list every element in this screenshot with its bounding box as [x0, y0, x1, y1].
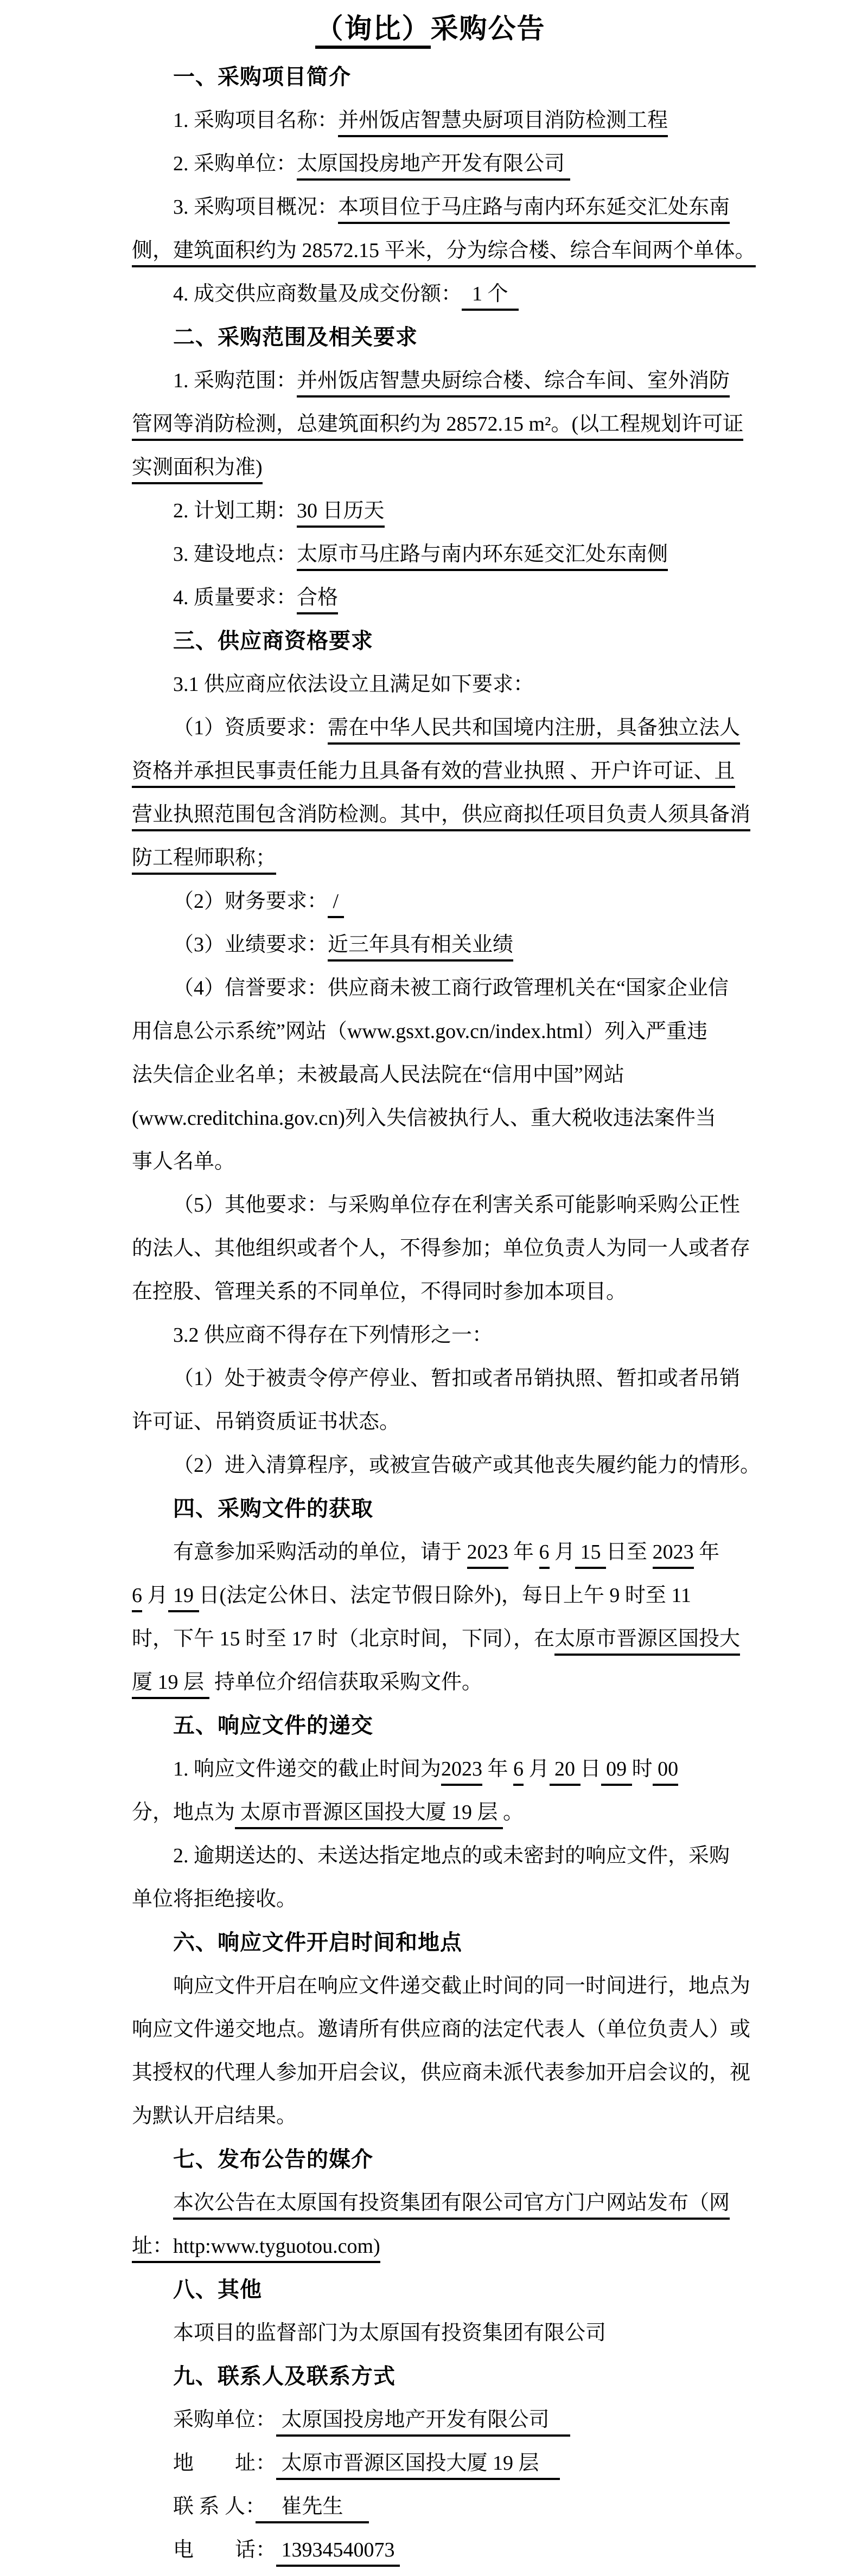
- text-segment: 许可证、吊销资质证书状态。: [132, 1411, 400, 1433]
- doc-line: 地 址： 太原市晋源区国投大厦 19 层: [132, 2442, 750, 2485]
- text-segment: （5）其他要求：与采购单位存在利害关系可能影响采购公正性: [173, 1194, 740, 1216]
- text-segment: 一、采购项目简介: [173, 65, 351, 89]
- text-segment: 单位将拒绝接收。: [132, 1888, 297, 1911]
- doc-line: 事人名单。: [132, 1140, 750, 1183]
- doc-line: 管网等消防检测，总建筑面积约为 28572.15 m²。(以工程规划许可证: [132, 402, 750, 446]
- doc-line: （3）业绩要求：近三年具有相关业绩: [132, 923, 750, 966]
- section-heading: 一、采购项目简介: [132, 55, 750, 99]
- text-segment: 九、联系人及联系方式: [173, 2364, 396, 2388]
- doc-line: 侧，建筑面积约为 28572.15 平米，分为综合楼、综合车间两个单体。: [132, 229, 750, 272]
- underlined-value: 6: [539, 1541, 550, 1569]
- doc-line: 4. 成交供应商数量及成交份额： 1 个: [132, 272, 750, 316]
- underlined-value: 并州饭店智慧央厨综合楼、综合车间、室外消防: [297, 369, 730, 398]
- text-segment: （2）财务要求：: [173, 890, 328, 913]
- underlined-value: 厦 19 层: [132, 1671, 209, 1699]
- text-segment: 4. 质量要求：: [173, 586, 297, 609]
- underlined-value: 本项目位于马庄路与南内环东延交汇处东南: [338, 196, 730, 224]
- doc-line: 采购单位： 太原国投房地产开发有限公司: [132, 2398, 750, 2442]
- doc-line: （2）进入清算程序，或被宣告破产或其他丧失履约能力的情形。: [132, 1444, 750, 1487]
- underlined-value: 合格: [297, 586, 338, 614]
- text-segment: 年: [694, 1541, 720, 1563]
- doc-line: 厦 19 层 持单位介绍信获取采购文件。: [132, 1661, 750, 1704]
- document-title: （询比）采购公告: [0, 0, 861, 52]
- underlined-value: 太原国投房地产开发有限公司: [276, 2408, 570, 2437]
- underlined-value: 本次公告在太原国有投资集团有限公司官方门户网站发布（网: [173, 2191, 730, 2220]
- underlined-value: 09: [601, 1758, 632, 1786]
- text-segment: 用信息公示系统”网站（www.gsxt.gov.cn/index.html）列入…: [132, 1020, 707, 1043]
- text-segment: 电 话：: [173, 2539, 276, 2561]
- text-segment: 3. 建设地点：: [173, 543, 297, 566]
- section-heading: 三、供应商资格要求: [132, 619, 750, 663]
- doc-line: 本次公告在太原国有投资集团有限公司官方门户网站发布（网: [132, 2181, 750, 2225]
- text-segment: 。: [503, 1801, 524, 1824]
- text-segment: 4. 成交供应商数量及成交份额：: [173, 283, 462, 305]
- text-segment: (www.creditchina.gov.cn)列入失信被执行人、重大税收违法案…: [132, 1107, 716, 1130]
- underlined-value: 近三年具有相关业绩: [328, 933, 513, 962]
- doc-line: 响应文件递交地点。邀请所有供应商的法定代表人（单位负责人）或: [132, 2008, 750, 2051]
- text-segment: 分，地点为: [132, 1801, 235, 1824]
- section-heading: 七、发布公告的媒介: [132, 2138, 750, 2181]
- text-segment: （2）进入清算程序，或被宣告破产或其他丧失履约能力的情形。: [173, 1454, 761, 1477]
- doc-line: 2. 采购单位：太原国投房地产开发有限公司: [132, 142, 750, 185]
- doc-line: （1）处于被责令停产停业、暂扣或者吊销执照、暂扣或者吊销: [132, 1357, 750, 1400]
- text-segment: 响应文件递交地点。邀请所有供应商的法定代表人（单位负责人）或: [132, 2018, 750, 2041]
- underlined-value: 2023: [441, 1758, 482, 1786]
- text-segment: 月: [142, 1584, 168, 1607]
- doc-line: 1. 采购项目名称：并州饭店智慧央厨项目消防检测工程: [132, 99, 750, 142]
- underlined-value: 资格并承担民事责任能力且具备有效的营业执照 、开户许可证、且: [132, 760, 735, 788]
- underlined-value: 15: [575, 1541, 606, 1569]
- section-heading: 九、联系人及联系方式: [132, 2355, 750, 2398]
- underlined-value: 太原市晋源区国投大厦 19 层: [235, 1801, 503, 1829]
- text-segment: 年: [482, 1758, 513, 1780]
- text-segment: 时，下午 15 时至 17 时（北京时间，下同），在: [132, 1627, 554, 1650]
- doc-line: 用信息公示系统”网站（www.gsxt.gov.cn/index.html）列入…: [132, 1010, 750, 1053]
- doc-line: 本项目的监督部门为太原国有投资集团有限公司: [132, 2311, 750, 2355]
- underlined-value: 20: [550, 1758, 581, 1786]
- doc-line: 址：http:www.tyguotou.com): [132, 2225, 750, 2268]
- text-segment: （4）信誉要求：供应商未被工商行政管理机关在“国家企业信: [173, 977, 729, 999]
- title-underlined-part: （询比）: [315, 14, 430, 49]
- underlined-value: 并州饭店智慧央厨项目消防检测工程: [338, 109, 668, 137]
- text-segment: 七、发布公告的媒介: [173, 2148, 373, 2171]
- doc-line: 2. 逾期送达的、未送达指定地点的或未密封的响应文件，采购: [132, 1834, 750, 1877]
- underlined-value: 址：http:www.tyguotou.com): [132, 2235, 380, 2263]
- text-segment: 法失信企业名单；未被最高人民法院在“信用中国”网站: [132, 1063, 624, 1086]
- doc-line: 在控股、管理关系的不同单位，不得同时参加本项目。: [132, 1270, 750, 1313]
- doc-line: (www.creditchina.gov.cn)列入失信被执行人、重大税收违法案…: [132, 1097, 750, 1140]
- doc-line: 实测面积为准): [132, 446, 750, 489]
- underlined-value: 太原国投房地产开发有限公司: [297, 152, 570, 181]
- text-segment: 月: [524, 1758, 550, 1780]
- underlined-value: 6: [132, 1584, 142, 1612]
- text-segment: 采购单位：: [173, 2408, 276, 2431]
- text-segment: 的法人、其他组织或者个人，不得参加；单位负责人为同一人或者存: [132, 1237, 750, 1260]
- doc-line: 分，地点为 太原市晋源区国投大厦 19 层 。: [132, 1791, 750, 1834]
- underlined-value: 崔先生: [256, 2495, 369, 2523]
- text-segment: 六、响应文件开启时间和地点: [173, 1931, 462, 1955]
- underlined-value: 太原市晋源区国投大厦 19 层: [276, 2452, 560, 2480]
- text-segment: 日至: [606, 1541, 653, 1563]
- text-segment: 本项目的监督部门为太原国有投资集团有限公司: [173, 2322, 606, 2344]
- doc-line: 3. 采购项目概况：本项目位于马庄路与南内环东延交汇处东南: [132, 185, 750, 229]
- text-segment: 事人名单。: [132, 1150, 235, 1173]
- text-segment: 为默认开启结果。: [132, 2105, 297, 2128]
- doc-line: 的法人、其他组织或者个人，不得参加；单位负责人为同一人或者存: [132, 1227, 750, 1270]
- doc-line: 许可证、吊销资质证书状态。: [132, 1400, 750, 1444]
- text-segment: 3.1 供应商应依法设立且满足如下要求：: [173, 673, 534, 696]
- text-segment: 八、其他: [173, 2278, 262, 2302]
- text-segment: 五、响应文件的递交: [173, 1714, 373, 1738]
- underlined-value: 00: [653, 1758, 679, 1786]
- text-segment: 年: [508, 1541, 539, 1563]
- doc-line: （4）信誉要求：供应商未被工商行政管理机关在“国家企业信: [132, 966, 750, 1010]
- text-segment: 1. 采购范围：: [173, 369, 297, 392]
- doc-line: 防工程师职称；: [132, 836, 750, 880]
- text-segment: 其授权的代理人参加开启会议，供应商未派代表参加开启会议的，视: [132, 2061, 750, 2084]
- doc-line: 3. 建设地点：太原市马庄路与南内环东延交汇处东南侧: [132, 533, 750, 576]
- doc-line: （1）资质要求：需在中华人民共和国境内注册，具备独立法人: [132, 706, 750, 749]
- text-segment: 3. 采购项目概况：: [173, 196, 338, 219]
- underlined-value: 30 日历天: [297, 499, 385, 528]
- underlined-value: 营业执照范围包含消防检测。其中，供应商拟任项目负责人须具备消: [132, 803, 750, 831]
- text-segment: 响应文件开启在响应文件递交截止时间的同一时间进行，地点为: [173, 1975, 750, 1997]
- doc-line: 4. 质量要求：合格: [132, 576, 750, 619]
- doc-line: 6 月 19 日(法定公休日、法定节假日除外)，每日上午 9 时至 11: [132, 1574, 750, 1617]
- underlined-value: 需在中华人民共和国境内注册，具备独立法人: [328, 716, 740, 745]
- underlined-value: /: [328, 890, 344, 918]
- underlined-value: 太原市晋源区国投大: [554, 1627, 740, 1656]
- text-segment: 联 系 人：: [173, 2495, 256, 2518]
- doc-line: （2）财务要求： /: [132, 880, 750, 923]
- section-heading: 二、采购范围及相关要求: [132, 316, 750, 359]
- doc-line: 资格并承担民事责任能力且具备有效的营业执照 、开户许可证、且: [132, 749, 750, 793]
- doc-line: 法失信企业名单；未被最高人民法院在“信用中国”网站: [132, 1053, 750, 1097]
- underlined-value: 2023: [653, 1541, 694, 1569]
- doc-line: 单位将拒绝接收。: [132, 1877, 750, 1921]
- text-segment: （1）处于被责令停产停业、暂扣或者吊销执照、暂扣或者吊销: [173, 1367, 740, 1390]
- underlined-value: 太原市马庄路与南内环东延交汇处东南侧: [297, 543, 668, 571]
- text-segment: （1）资质要求：: [173, 716, 328, 739]
- underlined-value: 2023: [467, 1541, 508, 1569]
- text-segment: 日(法定公休日、法定节假日除外)，每日上午 9 时至 11: [199, 1584, 691, 1607]
- doc-line: 时，下午 15 时至 17 时（北京时间，下同），在太原市晋源区国投大: [132, 1617, 750, 1661]
- text-segment: 在控股、管理关系的不同单位，不得同时参加本项目。: [132, 1280, 627, 1303]
- doc-line: 有意参加采购活动的单位，请于 2023 年 6 月 15 日至 2023 年: [132, 1530, 750, 1574]
- text-segment: 四、采购文件的获取: [173, 1497, 373, 1521]
- text-segment: 2. 逾期送达的、未送达指定地点的或未密封的响应文件，采购: [173, 1844, 730, 1867]
- doc-line: 电 话： 13934540073: [132, 2528, 750, 2572]
- text-segment: （3）业绩要求：: [173, 933, 328, 956]
- text-segment: 2. 采购单位：: [173, 152, 297, 175]
- text-segment: 持单位介绍信获取采购文件。: [209, 1671, 483, 1694]
- underlined-value: 管网等消防检测，总建筑面积约为 28572.15 m²。(以工程规划许可证: [132, 413, 743, 441]
- title-rest: 采购公告: [431, 14, 546, 44]
- section-heading: 四、采购文件的获取: [132, 1487, 750, 1530]
- text-segment: 1. 响应文件递交的截止时间为: [173, 1758, 441, 1780]
- underlined-value: 6: [513, 1758, 524, 1786]
- text-segment: 日: [581, 1758, 601, 1780]
- doc-line: 为默认开启结果。: [132, 2094, 750, 2138]
- underlined-value: 1 个: [462, 283, 519, 311]
- doc-line: 营业执照范围包含消防检测。其中，供应商拟任项目负责人须具备消: [132, 793, 750, 836]
- doc-line: （5）其他要求：与采购单位存在利害关系可能影响采购公正性: [132, 1183, 750, 1227]
- section-heading: 八、其他: [132, 2268, 750, 2311]
- text-segment: 2. 计划工期：: [173, 499, 297, 522]
- text-segment: 二、采购范围及相关要求: [173, 325, 418, 349]
- doc-line: 1. 响应文件递交的截止时间为2023 年 6 月 20 日 09 时 00: [132, 1747, 750, 1791]
- doc-line: 1. 采购范围：并州饭店智慧央厨综合楼、综合车间、室外消防: [132, 359, 750, 402]
- section-heading: 五、响应文件的递交: [132, 1704, 750, 1747]
- underlined-value: 侧，建筑面积约为 28572.15 平米，分为综合楼、综合车间两个单体。: [132, 239, 756, 267]
- underlined-value: 实测面积为准): [132, 456, 263, 484]
- text-segment: 3.2 供应商不得存在下列情形之一：: [173, 1324, 493, 1347]
- text-segment: 月: [550, 1541, 576, 1563]
- doc-line: 2. 计划工期：30 日历天: [132, 489, 750, 533]
- section-heading: 六、响应文件开启时间和地点: [132, 1921, 750, 1964]
- underlined-value: 防工程师职称；: [132, 847, 276, 875]
- doc-line: 3.2 供应商不得存在下列情形之一：: [132, 1313, 750, 1357]
- document-body: 一、采购项目简介1. 采购项目名称：并州饭店智慧央厨项目消防检测工程2. 采购单…: [132, 55, 750, 2572]
- text-segment: 时: [632, 1758, 653, 1780]
- text-segment: 地 址：: [173, 2452, 276, 2475]
- text-segment: 三、供应商资格要求: [173, 629, 373, 653]
- doc-line: 联 系 人： 崔先生: [132, 2485, 750, 2528]
- text-segment: 1. 采购项目名称：: [173, 109, 338, 132]
- text-segment: 有意参加采购活动的单位，请于: [173, 1541, 467, 1563]
- document-page: （询比）采购公告 一、采购项目简介1. 采购项目名称：并州饭店智慧央厨项目消防检…: [0, 0, 861, 2576]
- doc-line: 响应文件开启在响应文件递交截止时间的同一时间进行，地点为: [132, 1964, 750, 2008]
- doc-line: 其授权的代理人参加开启会议，供应商未派代表参加开启会议的，视: [132, 2051, 750, 2094]
- doc-line: 3.1 供应商应依法设立且满足如下要求：: [132, 663, 750, 706]
- underlined-value: 13934540073: [276, 2539, 400, 2567]
- underlined-value: 19: [168, 1584, 199, 1612]
